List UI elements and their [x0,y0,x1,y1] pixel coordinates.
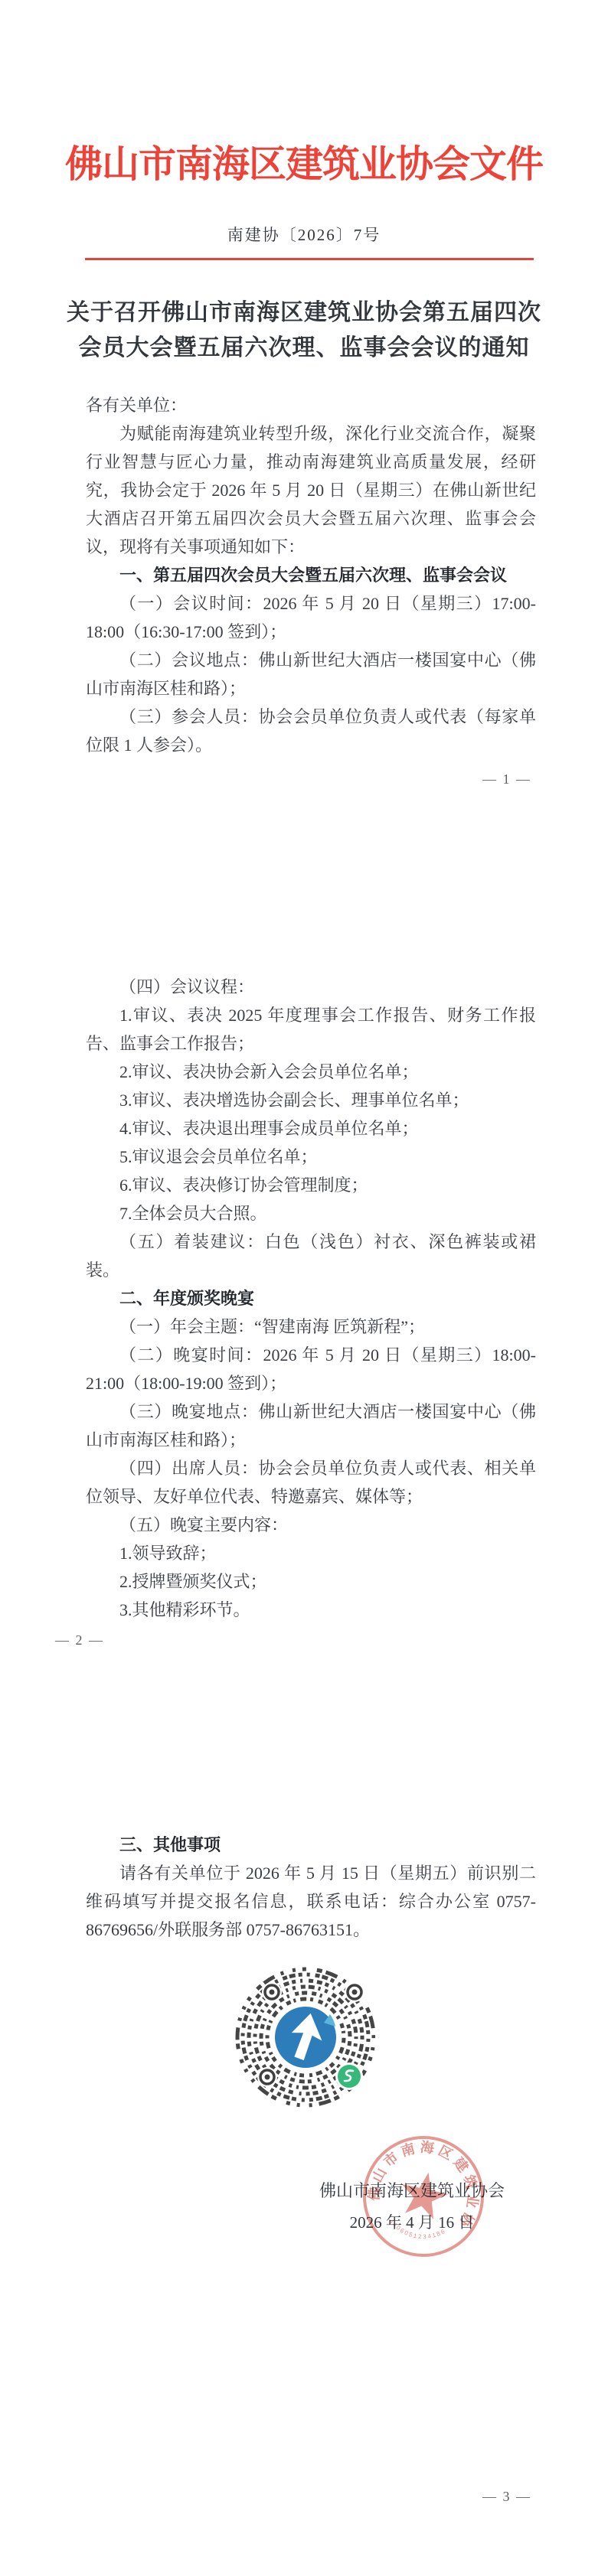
page1-body: 各有关单位： 为赋能南海建筑业转型升级，深化行业交流合作，凝聚行业智慧与匠心力量… [86,391,536,759]
section1-item-venue: （二）会议地点：佛山新世纪大酒店一楼国宴中心（佛山市南海区桂和路）； [86,646,536,703]
document-number: 南建协〔2026〕7号 [0,223,608,246]
section1-heading: 一、第五届四次会员大会暨五届六次理、监事会会议 [86,561,536,589]
svg-text:4406051234186: 4406051234186 [385,2216,448,2245]
qr-center-logo-arrow-icon [272,2004,339,2071]
seal-stamp-icon: 佛山市南海区建筑业协会 4406051234186 [359,2132,488,2261]
salutation: 各有关单位： [86,391,536,419]
wechat-logo-icon [335,2062,363,2090]
agenda-item-1: 1.审议、表决 2025 年度理事会工作报告、财务工作报告、监事会工作报告； [86,1001,536,1058]
section1-item-attendees: （三）参会人员：协会会员单位负责人或代表（每家单位限 1 人参会）。 [86,703,536,759]
page3-body: 三、其他事项 请各有关单位于 2026 年 5 月 15 日（星期五）前识别二维… [86,1831,536,1944]
document-title-line2: 会员大会暨五届六次理、监事会会议的通知 [46,331,562,366]
agenda-item-6: 6.审议、表决修订协会管理制度； [86,1171,536,1199]
registration-qr-code [233,1967,375,2109]
section1-item-time: （一）会议时间：2026 年 5 月 20 日（星期三）17:00-18:00（… [86,589,536,646]
section2-item-venue: （三）晚宴地点：佛山新世纪大酒店一楼国宴中心（佛山市南海区桂和路）； [86,1397,536,1454]
page2-body: （四）会议议程： 1.审议、表决 2025 年度理事会工作报告、财务工作报告、监… [86,973,536,1624]
document-title: 关于召开佛山市南海区建筑业协会第五届四次 会员大会暨五届六次理、监事会会议的通知 [46,295,562,366]
agenda-item-2: 2.审议、表决协会新入会会员单位名单； [86,1058,536,1086]
agenda-item-7: 7.全体会员大合照。 [86,1199,536,1228]
agenda-item-5: 5.审议退会会员单位名单； [86,1143,536,1171]
letterhead-title: 佛山市南海区建筑业协会文件 [0,135,608,188]
letterhead-rule [85,258,534,260]
intro-paragraph: 为赋能南海建筑业转型升级，深化行业交流合作，凝聚行业智慧与匠心力量，推动南海建筑… [86,419,536,561]
document-title-line1: 关于召开佛山市南海区建筑业协会第五届四次 [46,295,562,331]
wechat-miniprogram-code-icon [233,1967,375,2109]
agenda-item-4: 4.审议、表决退出理事会成员单位名单； [86,1114,536,1143]
page1-number: — 1 — [482,771,551,787]
official-document: 佛山市南海区建筑业协会文件 南建协〔2026〕7号 关于召开佛山市南海区建筑业协… [0,0,608,2576]
seal-code: 4406051234186 [385,2216,448,2245]
banquet-item-1: 1.领导致辞； [86,1539,536,1567]
page2-number: — 2 — [55,1632,124,1648]
banquet-item-2: 2.授牌暨颁奖仪式； [86,1567,536,1596]
dress-code-item: （五）着装建议：白色（浅色）衬衣、深色裤装或裙装。 [86,1228,536,1284]
agenda-item-3: 3.审议、表决增选协会副会长、理事单位名单； [86,1086,536,1114]
section2-item-time: （二）晚宴时间：2026 年 5 月 20 日（星期三）18:00-21:00（… [86,1341,536,1397]
page3-number: — 3 — [482,2489,551,2505]
section3-heading: 三、其他事项 [86,1831,536,1859]
section2-item-attendees: （四）出席人员：协会会员单位负责人或代表、相关单位领导、友好单位代表、特邀嘉宾、… [86,1454,536,1511]
registration-paragraph: 请各有关单位于 2026 年 5 月 15 日（星期五）前识别二维码填写并提交报… [86,1859,536,1944]
seal-star-icon [396,2167,451,2221]
official-seal: 佛山市南海区建筑业协会 4406051234186 [359,2132,488,2261]
banquet-item-3: 3.其他精彩环节。 [86,1596,536,1624]
section2-item-contents: （五）晚宴主要内容： [86,1511,536,1539]
section2-item-theme: （一）年会主题：“智建南海 匠筑新程”； [86,1312,536,1341]
section1-item-agenda: （四）会议议程： [86,973,536,1001]
section2-heading: 二、年度颁奖晚宴 [86,1284,536,1312]
